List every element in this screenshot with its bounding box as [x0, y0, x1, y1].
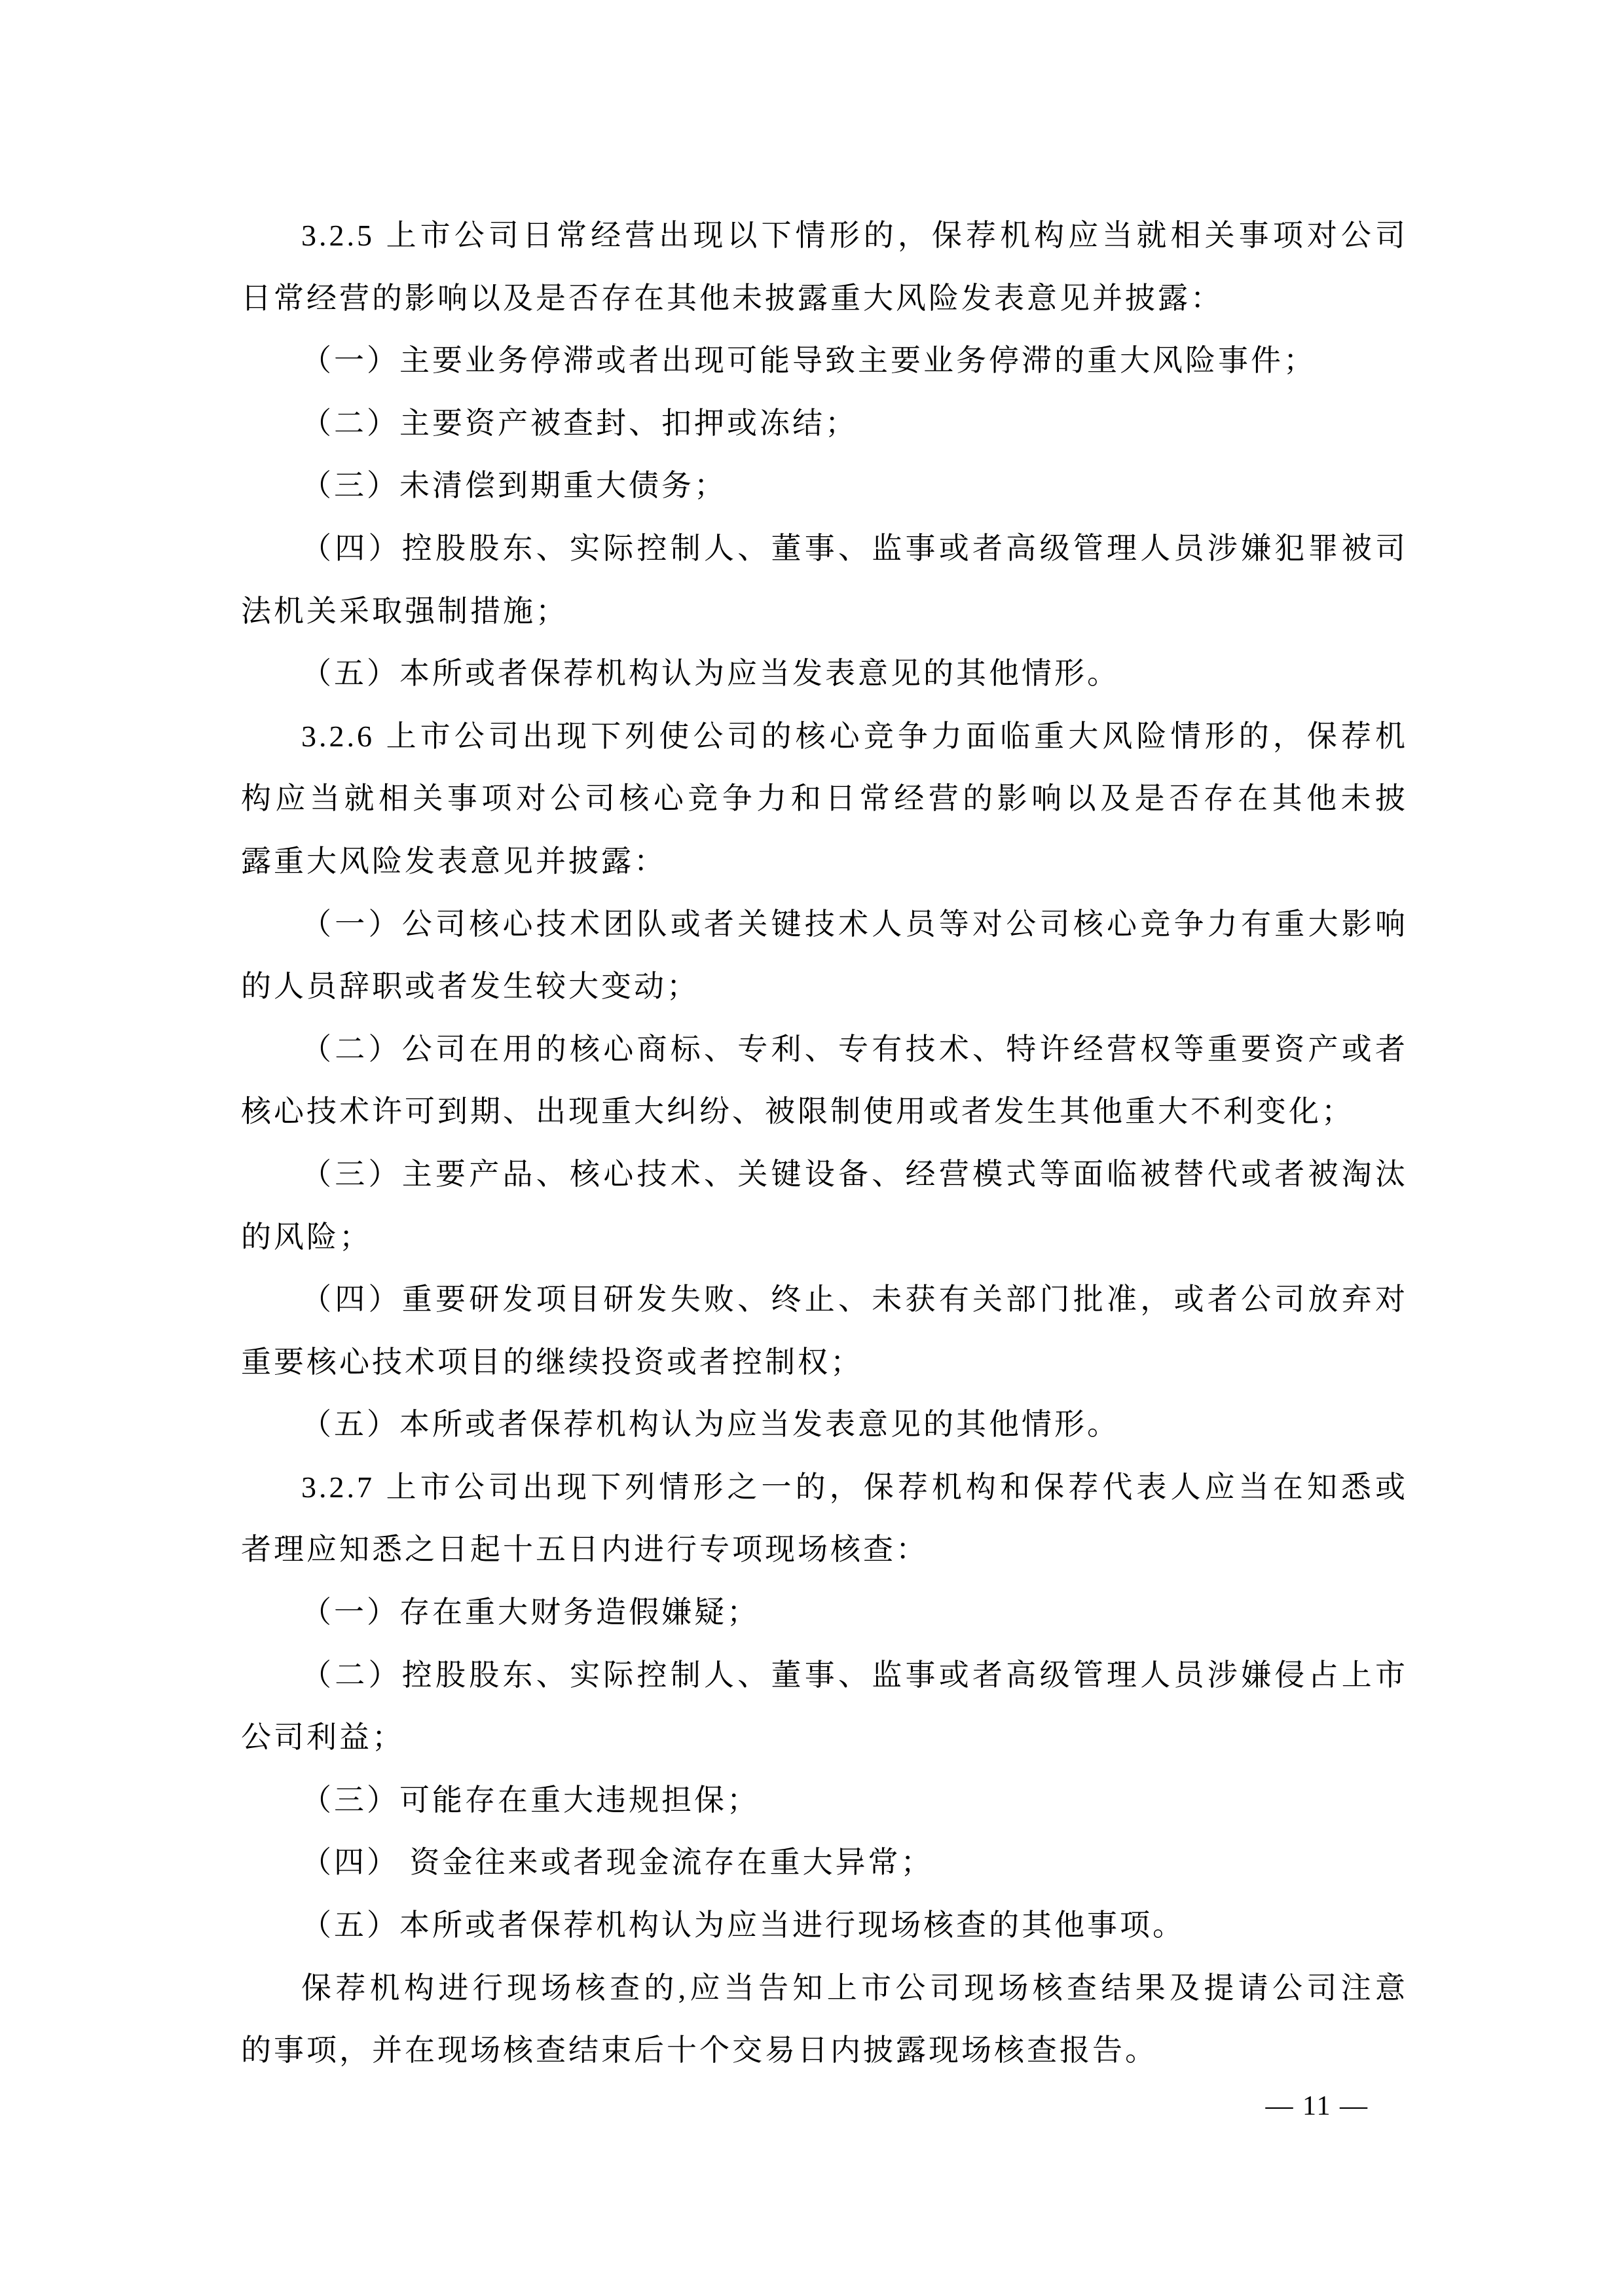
clause-3-2-6: 3.2.6 上市公司出现下列使公司的核心竞争力面临重大风险情形的，保荐机构应当就… [241, 705, 1408, 893]
text-line: （一）存在重大财务造假嫌疑； [241, 1581, 1408, 1644]
text-line: （二）主要资产被查封、扣押或冻结； [241, 392, 1408, 455]
clause-3-2-5-item-5: （五）本所或者保荐机构认为应当发表意见的其他情形。 [241, 642, 1408, 705]
clause-3-2-6-item-2: （二）公司在用的核心商标、专利、专有技术、特许经营权等重要资产或者核心技术许可到… [241, 1018, 1408, 1143]
text-line: （三）主要产品、核心技术、关键设备、经营模式等面临被替代或者被淘汰 [241, 1143, 1408, 1206]
text-line: （五）本所或者保荐机构认为应当进行现场核查的其他事项。 [241, 1894, 1408, 1957]
text-line: 保荐机构进行现场核查的,应当告知上市公司现场核查结果及提请公司注意 [241, 1957, 1408, 2020]
clause-3-2-5-item-1: （一）主要业务停滞或者出现可能导致主要业务停滞的重大风险事件； [241, 329, 1408, 392]
clause-3-2-7-item-5: （五）本所或者保荐机构认为应当进行现场核查的其他事项。 [241, 1894, 1408, 1957]
page-number: — 11 — [1266, 2090, 1369, 2123]
clause-3-2-7-item-3: （三）可能存在重大违规担保； [241, 1769, 1408, 1832]
text-line: 者理应知悉之日起十五日内进行专项现场核查： [241, 1518, 1408, 1581]
clause-3-2-5-item-3: （三）未清偿到期重大债务； [241, 454, 1408, 517]
clause-3-2-7-item-1: （一）存在重大财务造假嫌疑； [241, 1581, 1408, 1644]
text-line: （二）控股股东、实际控制人、董事、监事或者高级管理人员涉嫌侵占上市 [241, 1644, 1408, 1707]
clause-3-2-6-item-5: （五）本所或者保荐机构认为应当发表意见的其他情形。 [241, 1393, 1408, 1456]
text-line: （四） 资金往来或者现金流存在重大异常； [241, 1831, 1408, 1894]
text-line: 核心技术许可到期、出现重大纠纷、被限制使用或者发生其他重大不利变化； [241, 1080, 1408, 1143]
clause-3-2-7-item-4: （四） 资金往来或者现金流存在重大异常； [241, 1831, 1408, 1894]
text-line: 公司利益； [241, 1706, 1408, 1769]
clause-3-2-6-item-1: （一）公司核心技术团队或者关键技术人员等对公司核心竞争力有重大影响的人员辞职或者… [241, 893, 1408, 1018]
clause-3-2-6-item-3: （三）主要产品、核心技术、关键设备、经营模式等面临被替代或者被淘汰的风险； [241, 1143, 1408, 1268]
text-line: 的人员辞职或者发生较大变动； [241, 955, 1408, 1018]
document-page: { "page": { "background_color": "#ffffff… [0, 0, 1624, 2296]
text-line: 的风险； [241, 1206, 1408, 1269]
text-line: 3.2.7 上市公司出现下列情形之一的，保荐机构和保荐代表人应当在知悉或 [241, 1456, 1408, 1519]
clause-3-2-5-item-4: （四）控股股东、实际控制人、董事、监事或者高级管理人员涉嫌犯罪被司法机关采取强制… [241, 517, 1408, 642]
text-line: （五）本所或者保荐机构认为应当发表意见的其他情形。 [241, 642, 1408, 705]
clause-3-2-7-item-2: （二）控股股东、实际控制人、董事、监事或者高级管理人员涉嫌侵占上市公司利益； [241, 1644, 1408, 1769]
text-line: （三）未清偿到期重大债务； [241, 454, 1408, 517]
document-body: 3.2.5 上市公司日常经营出现以下情形的，保荐机构应当就相关事项对公司日常经营… [241, 204, 1408, 2082]
text-line: （四）控股股东、实际控制人、董事、监事或者高级管理人员涉嫌犯罪被司 [241, 517, 1408, 580]
clause-3-2-5: 3.2.5 上市公司日常经营出现以下情形的，保荐机构应当就相关事项对公司日常经营… [241, 204, 1408, 329]
text-line: （五）本所或者保荐机构认为应当发表意见的其他情形。 [241, 1393, 1408, 1456]
text-line: （三）可能存在重大违规担保； [241, 1769, 1408, 1832]
text-line: （一）公司核心技术团队或者关键技术人员等对公司核心竞争力有重大影响 [241, 893, 1408, 956]
clause-3-2-7: 3.2.7 上市公司出现下列情形之一的，保荐机构和保荐代表人应当在知悉或者理应知… [241, 1456, 1408, 1581]
clause-3-2-7-closing: 保荐机构进行现场核查的,应当告知上市公司现场核查结果及提请公司注意的事项，并在现… [241, 1957, 1408, 2082]
text-line: 重要核心技术项目的继续投资或者控制权； [241, 1331, 1408, 1394]
text-line: 法机关采取强制措施； [241, 580, 1408, 643]
text-line: （二）公司在用的核心商标、专利、专有技术、特许经营权等重要资产或者 [241, 1018, 1408, 1081]
text-line: 构应当就相关事项对公司核心竞争力和日常经营的影响以及是否存在其他未披 [241, 767, 1408, 830]
text-line: 日常经营的影响以及是否存在其他未披露重大风险发表意见并披露： [241, 267, 1408, 330]
clause-3-2-6-item-4: （四）重要研发项目研发失败、终止、未获有关部门批准，或者公司放弃对重要核心技术项… [241, 1268, 1408, 1393]
text-line: 的事项，并在现场核查结束后十个交易日内披露现场核查报告。 [241, 2019, 1408, 2082]
clause-3-2-5-item-2: （二）主要资产被查封、扣押或冻结； [241, 392, 1408, 455]
text-line: 露重大风险发表意见并披露： [241, 830, 1408, 893]
text-line: 3.2.6 上市公司出现下列使公司的核心竞争力面临重大风险情形的，保荐机 [241, 705, 1408, 768]
text-line: （一）主要业务停滞或者出现可能导致主要业务停滞的重大风险事件； [241, 329, 1408, 392]
text-line: （四）重要研发项目研发失败、终止、未获有关部门批准，或者公司放弃对 [241, 1268, 1408, 1331]
text-line: 3.2.5 上市公司日常经营出现以下情形的，保荐机构应当就相关事项对公司 [241, 204, 1408, 267]
